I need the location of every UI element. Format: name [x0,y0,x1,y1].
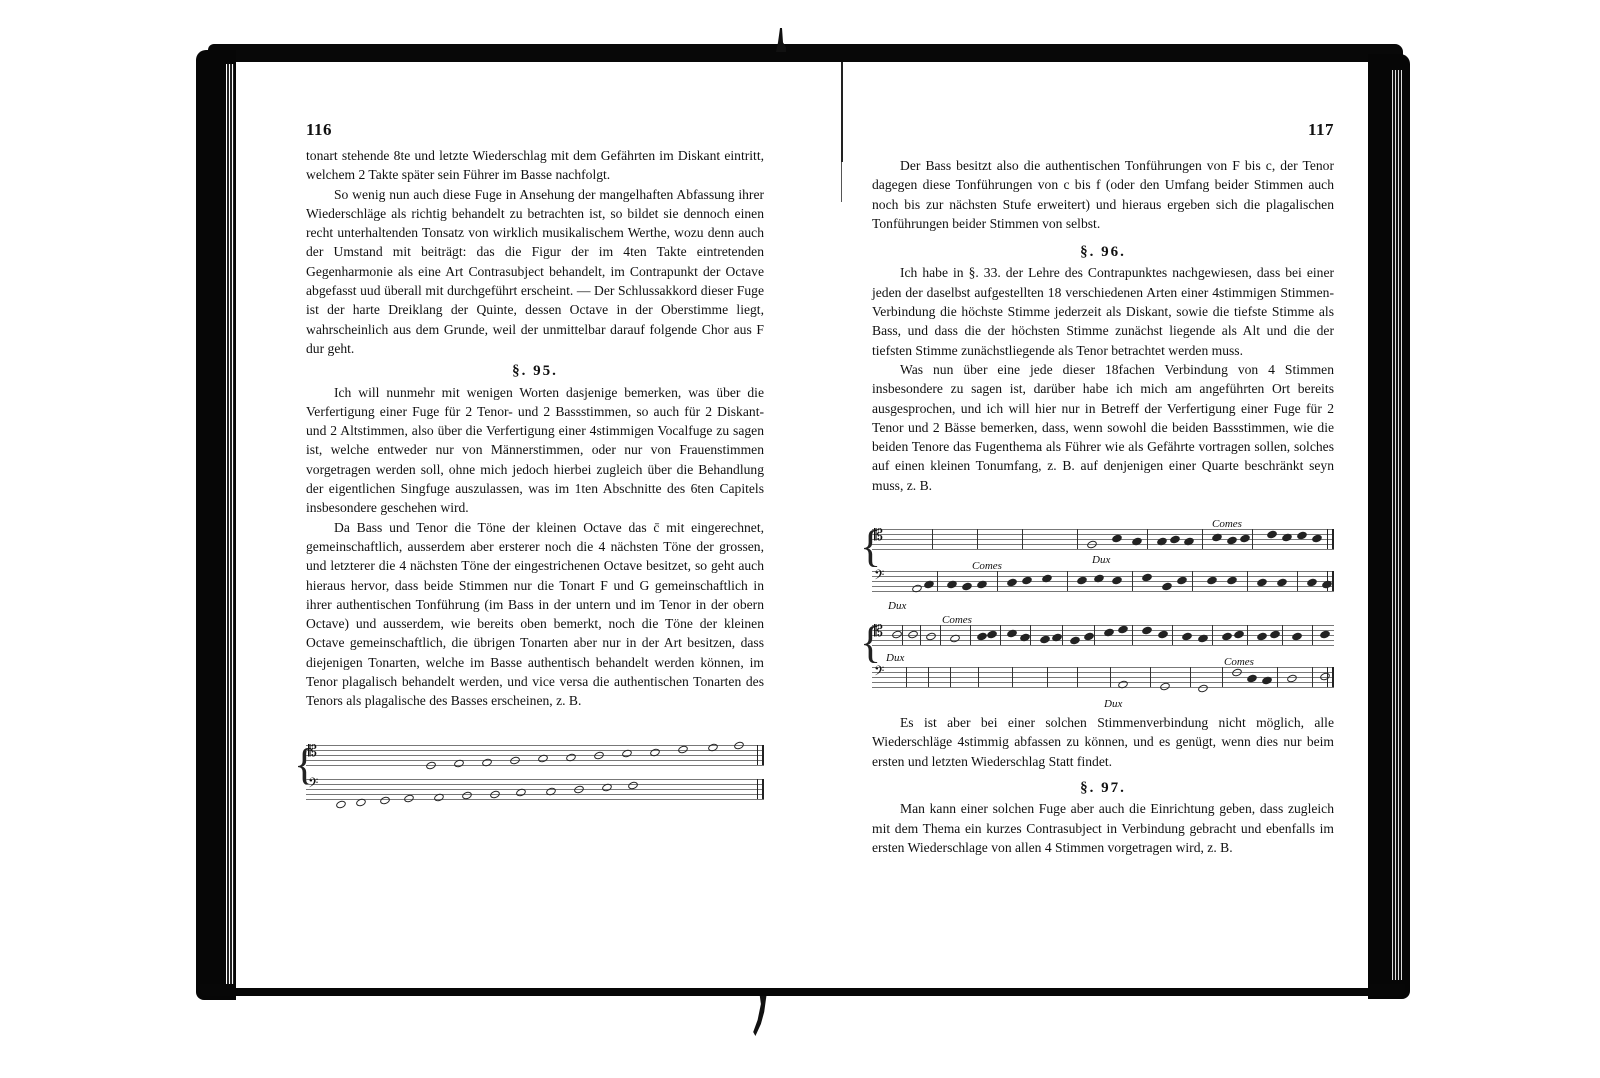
paragraph: Da Bass und Tenor die Töne der kleinen O… [306,518,764,711]
c-clef-icon: 𝄡 [308,742,317,761]
bass-clef-icon: 𝄢 [308,776,318,795]
page-spread: 116 tonart stehende 8te und letzte Wiede… [236,62,1368,988]
paragraph: Es ist aber bei einer solchen Stimmenver… [872,713,1334,771]
music-example-fugue: { Comes 𝄡 Dux Come [872,529,1334,687]
staff-system-2: { Comes 𝄡 Dux [872,625,1334,687]
paragraph: Der Bass besitzt also die authentischen … [872,156,1334,233]
paragraph: Was nun über eine jede dieser 18fachen V… [872,360,1334,495]
page-number: 116 [306,120,332,140]
paragraph: So wenig nun auch diese Fuge in Ansehung… [306,185,764,359]
bass-clef-icon: 𝄢 [874,664,884,683]
staff: 𝄢 [872,571,1334,591]
label-dux: Dux [888,597,906,616]
paragraph: Ich will nunmehr mit wenigen Worten dasj… [306,383,764,518]
section-heading-96: §. 96. [872,243,1334,262]
bass-clef-icon: 𝄢 [874,568,884,587]
section-heading-95: §. 95. [306,362,764,381]
paragraph: Man kann einer solchen Fuge aber auch di… [872,799,1334,857]
spine-tear-bottom [751,996,773,1036]
music-example-range: { 𝄡 𝄢 [306,745,764,799]
label-dux: Dux [886,649,904,668]
gutter-line-lower [841,162,842,202]
left-page-body: tonart stehende 8te und letzte Wiedersch… [306,146,764,809]
section-heading-97: §. 97. [872,779,1334,798]
staff-lower: 𝄢 [306,779,764,799]
c-clef-icon: 𝄡 [874,526,883,545]
right-page-body: Der Bass besitzt also die authentischen … [872,156,1334,857]
staff: 𝄡 [872,529,1334,549]
page-block-edge-right [1392,70,1402,980]
spine-tear-top [776,28,786,52]
label-dux: Dux [1092,551,1110,570]
staff-system-1: { Comes 𝄡 Dux Come [872,529,1334,591]
gutter-line [841,62,843,162]
staff-upper: 𝄡 [306,745,764,765]
label-dux: Dux [1104,695,1122,714]
book-cover-edge-right [1368,54,1410,999]
page-number: 117 [1308,120,1334,140]
staff: 𝄢 [872,667,1334,687]
open-book-scan: 116 tonart stehende 8te und letzte Wiede… [196,42,1410,1002]
c-clef-icon: 𝄡 [874,622,883,641]
paragraph: tonart stehende 8te und letzte Wiedersch… [306,146,764,185]
book-cover-edge-top [208,44,1403,62]
page-block-edge-left [226,64,234,989]
staff: 𝄡 [872,625,1334,645]
paragraph: Ich habe in §. 33. der Lehre des Contrap… [872,263,1334,359]
